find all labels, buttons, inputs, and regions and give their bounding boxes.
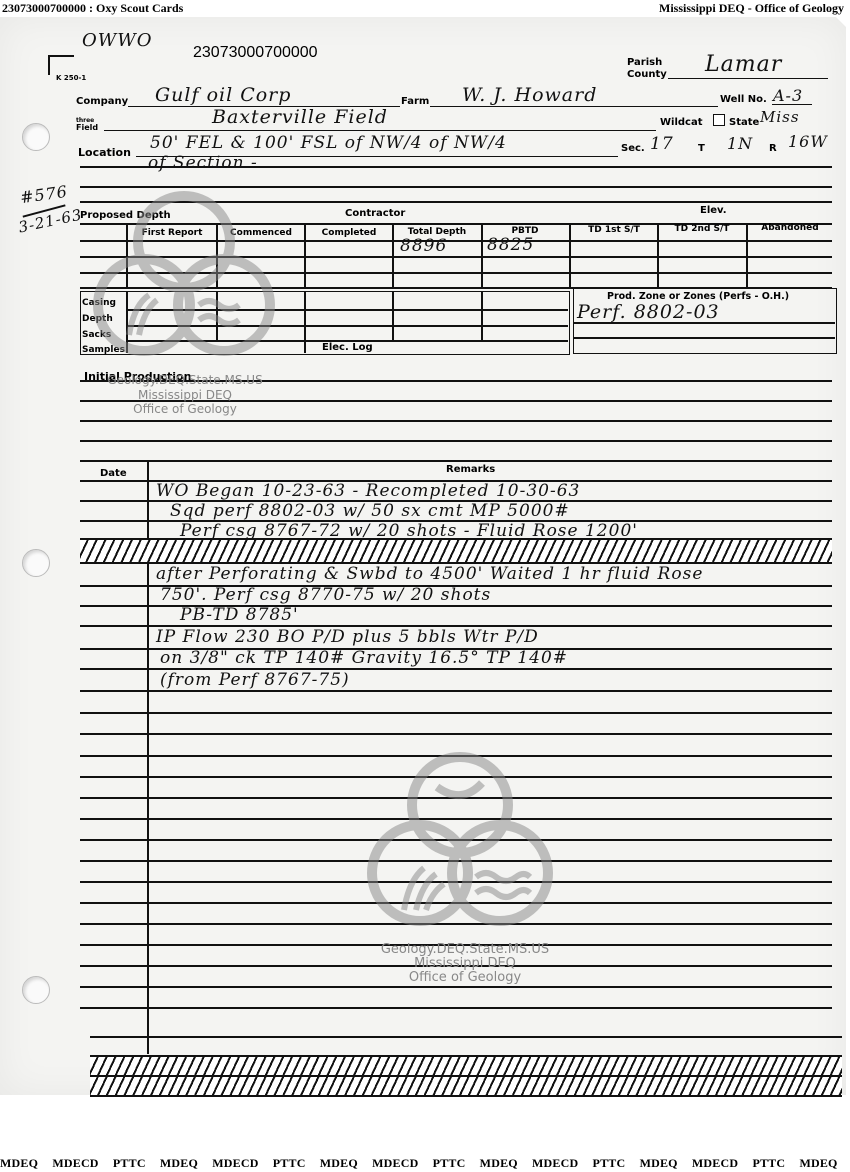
divider [746, 223, 748, 287]
api-number: 23073000700000 [193, 44, 318, 62]
divider [80, 986, 832, 988]
r-label: R [769, 143, 777, 154]
watermark-url: Geology.DEQ.State.MS.US [90, 373, 280, 387]
divider [481, 291, 483, 341]
divider [104, 130, 656, 131]
field-value: Baxterville Field [212, 106, 388, 128]
divider [80, 1007, 832, 1009]
hatch-band [80, 538, 832, 564]
divider [668, 78, 828, 79]
divider [772, 104, 812, 105]
footer-item: PTTC [113, 1156, 146, 1170]
binder-hole-icon [22, 549, 50, 577]
card-folded-corner [836, 17, 850, 31]
wildcat-label: Wildcat [660, 117, 703, 128]
footer-item: MDECD [52, 1156, 98, 1170]
form-number: K 250-1 [56, 74, 86, 82]
remark-line: Perf csg 8767-72 w/ 20 shots - Fluid Ros… [180, 521, 638, 541]
footer-item: PTTC [752, 1156, 785, 1170]
farm-label: Farm [401, 96, 429, 107]
remark-line: on 3/8" ck TP 140# Gravity 16.5° TP 140# [160, 648, 568, 668]
divider [657, 223, 659, 287]
footer-item: MDEQ [320, 1156, 358, 1170]
mdeq-logo-watermark-icon [84, 180, 284, 365]
watermark-org: Mississippi DEQ [350, 956, 580, 971]
divider [430, 106, 718, 107]
divider [392, 224, 394, 288]
divider [569, 224, 571, 288]
divider [80, 690, 832, 692]
footer-item: MDEQ [640, 1156, 678, 1170]
t-label: T [698, 143, 705, 154]
state-label: State [729, 117, 759, 128]
remark-line: after Perforating & Swbd to 4500' Waited… [156, 564, 703, 584]
state-value: Miss [760, 108, 800, 126]
divider [573, 337, 835, 339]
document-title: 23073000700000 : Oxy Scout Cards [2, 0, 183, 16]
divider [573, 322, 835, 324]
divider [80, 460, 832, 462]
footer-item: MDEQ [480, 1156, 518, 1170]
divider [481, 224, 483, 288]
elec-log-label: Elec. Log [322, 342, 373, 353]
footer-agencies: MDEQ MDECD PTTC MDEQ MDECD PTTC MDEQ MDE… [0, 1156, 850, 1171]
divider [80, 166, 832, 168]
remark-line: Sqd perf 8802-03 w/ 50 sx cmt MP 5000# [170, 501, 570, 521]
location-value-line2: of Section - [148, 153, 258, 173]
r-value: 16W [788, 132, 828, 151]
prod-zone-value: Perf. 8802-03 [577, 301, 720, 323]
corner-mark [48, 55, 74, 57]
field-label: Field [76, 123, 98, 132]
location-value-line1: 50' FEL & 100' FSL of NW/4 of NW/4 [150, 133, 507, 153]
divider [90, 1036, 842, 1038]
footer-item: MDECD [212, 1156, 258, 1170]
t-value: 1N [727, 134, 753, 153]
divider [80, 712, 832, 714]
owwo-note: OWWO [82, 30, 153, 51]
sec-label: Sec. [621, 143, 645, 154]
remark-line: IP Flow 230 BO P/D plus 5 bbls Wtr P/D [156, 627, 539, 647]
county-label: County [627, 69, 667, 80]
total-depth-value: 8896 [400, 236, 447, 256]
company-label: Company [76, 96, 128, 107]
col-header-abandoned: Abandoned [747, 223, 833, 233]
location-label: Location [78, 146, 131, 159]
binder-hole-icon [22, 976, 50, 1004]
parish-label: Parish [627, 57, 662, 68]
well-no-label: Well No. [720, 94, 767, 105]
footer-item: MDECD [692, 1156, 738, 1170]
footer-item: PTTC [273, 1156, 306, 1170]
divider [80, 733, 832, 735]
hatch-band [90, 1075, 842, 1097]
elev-label: Elev. [700, 205, 727, 216]
binder-hole-icon [22, 123, 50, 151]
watermark-url: Geology.DEQ.State.MS.US [350, 942, 580, 957]
divider [80, 440, 832, 442]
sec-value: 17 [650, 134, 674, 154]
footer-item: MDEQ [799, 1156, 837, 1170]
contractor-label: Contractor [345, 208, 405, 219]
farm-value: W. J. Howard [462, 84, 597, 106]
divider [80, 420, 832, 422]
watermark-office: Office of Geology [350, 970, 580, 985]
remark-line: 750'. Perf csg 8770-75 w/ 20 shots [160, 585, 491, 605]
mdeq-logo-watermark-icon [362, 745, 562, 935]
well-no-value: A-3 [773, 86, 803, 105]
date-column-header: Date [100, 468, 127, 479]
col-header-td-1st-st: TD 1st S/T [571, 225, 657, 235]
watermark-office: Office of Geology [90, 402, 280, 416]
footer-item: MDEQ [160, 1156, 198, 1170]
company-value: Gulf oil Corp [155, 84, 291, 106]
wildcat-checkbox[interactable] [713, 114, 725, 126]
watermark-org: Mississippi DEQ [90, 388, 280, 402]
county-value: Lamar [705, 52, 782, 77]
divider [304, 291, 306, 353]
remark-line: WO Began 10-23-63 - Recompleted 10-30-63 [156, 481, 580, 501]
agency-title: Mississippi DEQ - Office of Geology [659, 0, 844, 16]
remark-line: (from Perf 8767-75) [160, 670, 350, 690]
footer-item: PTTC [433, 1156, 466, 1170]
pbtd-value: 8825 [487, 235, 534, 255]
footer-item: MDECD [532, 1156, 578, 1170]
col-header-completed: Completed [306, 228, 392, 238]
footer-item: MDEQ [0, 1156, 38, 1170]
corner-mark [48, 55, 50, 75]
footer-item: MDECD [372, 1156, 418, 1170]
remarks-column-header: Remarks [446, 464, 495, 475]
divider [392, 291, 394, 341]
remark-line: PB-TD 8785' [180, 605, 299, 625]
hatch-band [90, 1055, 842, 1077]
footer-item: PTTC [593, 1156, 626, 1170]
divider [304, 224, 306, 288]
col-header-td-2nd-st: TD 2nd S/T [659, 224, 745, 234]
